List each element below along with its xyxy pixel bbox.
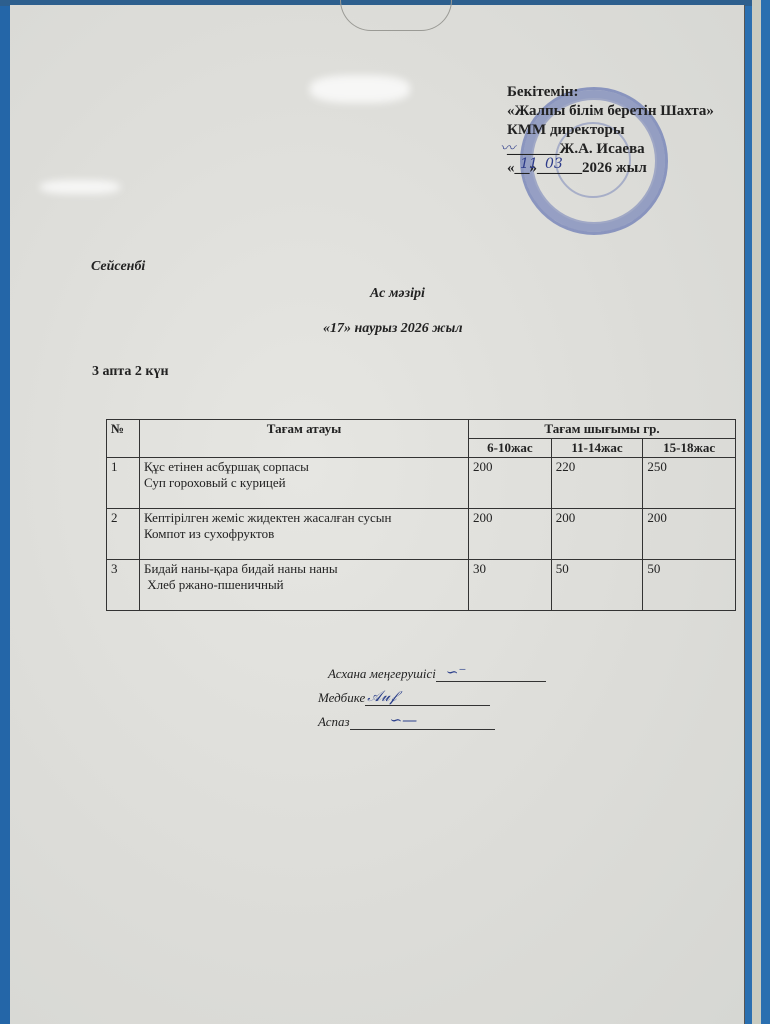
dish-name: Кептірілген жеміс жидектен жасалған сусы…	[140, 509, 469, 560]
row-number: 1	[107, 458, 140, 509]
signature-cook: Аспаз ∽—	[318, 710, 546, 730]
header-age-11-14: 11-14жас	[551, 439, 643, 458]
approval-block: Бекітемін: «Жалпы білім беретін Шахта» К…	[507, 83, 714, 178]
table-row: 2 Кептірілген жеміс жидектен жасалған су…	[107, 509, 736, 560]
approval-date: «__»______2026 жыл	[507, 159, 714, 178]
table-header-row: № Тағам атауы Тағам шығымы гр.	[107, 420, 736, 439]
approval-school: «Жалпы білім беретін Шахта»	[507, 102, 714, 121]
page-title: Ас мәзірі	[370, 286, 425, 302]
handwritten-signature-icon: 𝒜𝓊𝒻	[367, 687, 396, 705]
signature-role: Медбике	[318, 690, 365, 706]
portion-value: 50	[551, 560, 643, 611]
header-dish-name: Тағам атауы	[140, 420, 469, 458]
pocket-cutout	[340, 0, 452, 31]
signature-role: Аспаз	[318, 714, 350, 730]
frame-left-edge	[0, 0, 10, 1024]
portion-value: 250	[643, 458, 736, 509]
portion-value: 220	[551, 458, 643, 509]
portion-value: 200	[551, 509, 643, 560]
approval-heading: Бекітемін:	[507, 83, 714, 102]
handwritten-signature-icon: ∽⁻	[446, 663, 467, 681]
approval-position: КММ директоры	[507, 121, 714, 140]
light-glare	[310, 75, 410, 103]
header-portion: Тағам шығымы гр.	[469, 420, 736, 439]
menu-date: «17» наурыз 2026 жыл	[323, 321, 463, 337]
signature-block: Асхана меңгерушісі ∽⁻ Медбике 𝒜𝓊𝒻 Аспаз …	[318, 662, 546, 734]
menu-table: № Тағам атауы Тағам шығымы гр. 6-10жас 1…	[106, 419, 736, 611]
row-number: 3	[107, 560, 140, 611]
portion-value: 200	[469, 458, 552, 509]
row-number: 2	[107, 509, 140, 560]
week-day-label: 3 апта 2 күн	[92, 364, 169, 380]
approval-name: _______Ж.А. Исаева	[507, 140, 714, 159]
header-age-15-18: 15-18жас	[643, 439, 736, 458]
portion-value: 200	[643, 509, 736, 560]
table-row: 1 Құс етінен асбұршақ сорпасыСуп горохов…	[107, 458, 736, 509]
frame-right-edge	[752, 0, 770, 1024]
signature-role: Асхана меңгерушісі	[328, 666, 436, 682]
signature-nurse: Медбике 𝒜𝓊𝒻	[318, 686, 546, 706]
day-of-week: Сейсенбі	[91, 259, 145, 275]
signature-canteen-head: Асхана меңгерушісі ∽⁻	[328, 662, 546, 682]
header-number: №	[107, 420, 140, 458]
dish-name: Құс етінен асбұршақ сорпасыСуп гороховый…	[140, 458, 469, 509]
handwritten-signature-icon: ∽—	[390, 711, 418, 729]
portion-value: 30	[469, 560, 552, 611]
table-row: 3 Бидай наны-қара бидай наны наны Хлеб р…	[107, 560, 736, 611]
portion-value: 50	[643, 560, 736, 611]
light-glare	[40, 180, 120, 194]
dish-name: Бидай наны-қара бидай наны наны Хлеб ржа…	[140, 560, 469, 611]
portion-value: 200	[469, 509, 552, 560]
header-age-6-10: 6-10жас	[469, 439, 552, 458]
